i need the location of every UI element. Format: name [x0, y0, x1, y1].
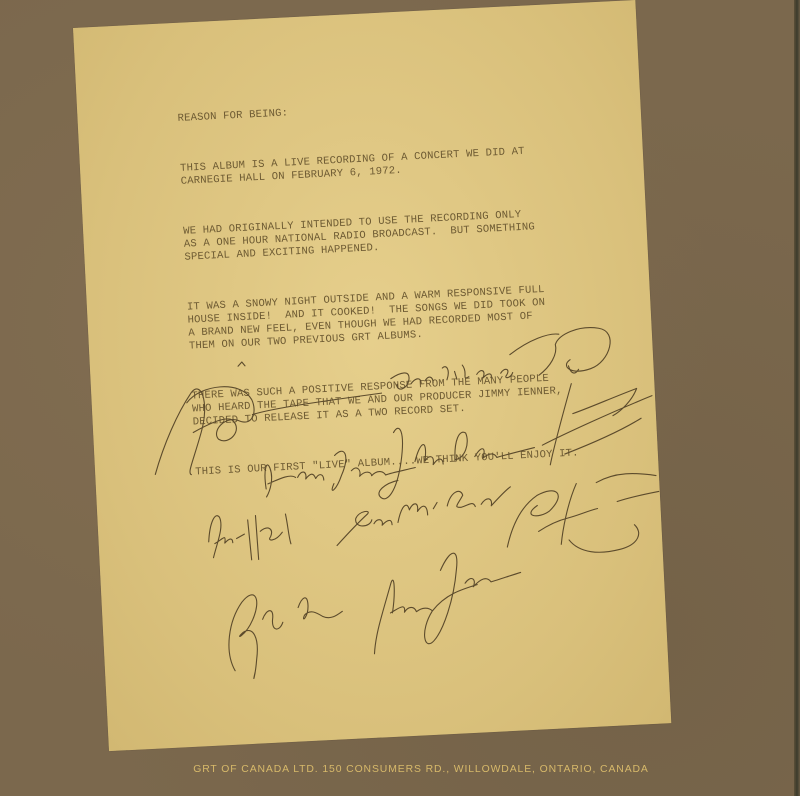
signature-8: [335, 487, 513, 546]
signature-9: [504, 472, 662, 557]
letter-sheet: REASON FOR BEING: THIS ALBUM IS A LIVE R…: [73, 0, 671, 751]
signature-11: [370, 550, 525, 654]
letter-paragraph-1: THIS ALBUM IS A LIVE RECORDING OF A CONC…: [180, 141, 621, 189]
signatures-area: [88, 300, 670, 727]
signature-4: [539, 380, 655, 465]
signature-3: [509, 327, 612, 377]
signature-1: [150, 355, 385, 476]
label-address: GRT OF CANADA LTD. 150 CONSUMERS RD., WI…: [0, 764, 800, 775]
letter-paragraph-2: WE HAD ORIGINALLY INTENDED TO USE THE RE…: [183, 204, 624, 265]
letter-heading: REASON FOR BEING:: [177, 91, 617, 126]
signature-6: [376, 422, 537, 499]
handwritten-signatures: [88, 300, 670, 727]
cover-edge: [794, 0, 800, 796]
album-back-cover: REASON FOR BEING: THIS ALBUM IS A LIVE R…: [0, 0, 800, 796]
signature-2: [390, 363, 513, 390]
signature-10: [226, 590, 345, 679]
signature-7: [207, 512, 291, 562]
